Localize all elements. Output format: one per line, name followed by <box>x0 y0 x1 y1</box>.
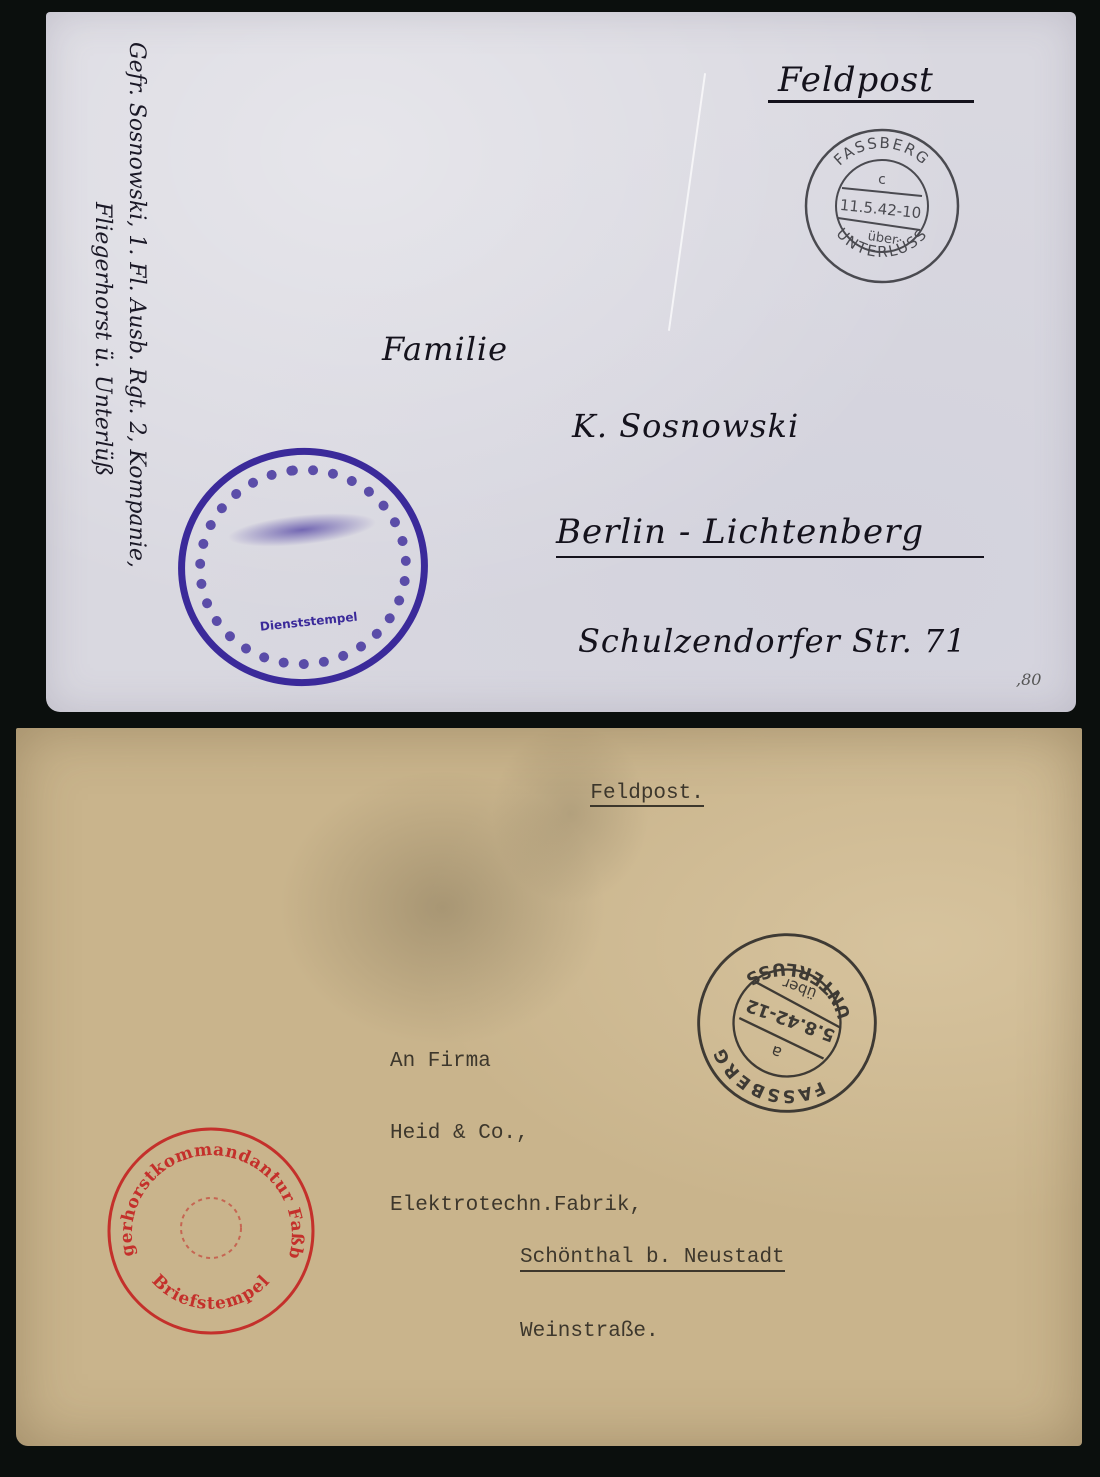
svg-text:Briefstempel: Briefstempel <box>148 1271 275 1314</box>
address-line: Heid & Co., <box>390 1122 642 1146</box>
address-line: Schönthal b. Neustadt <box>520 1246 785 1272</box>
salutation: Familie <box>382 330 508 368</box>
address-line: Weinstraße. <box>520 1320 785 1344</box>
paper-crease <box>668 73 706 331</box>
svg-text:a: a <box>768 1042 784 1063</box>
pencil-mark: ,80 <box>1016 670 1041 689</box>
feldpost-typed: Feldpost. <box>540 758 704 830</box>
unit-stamp-red: Fliegerhorstkommandantur Faßberg Briefst… <box>104 1124 318 1338</box>
postmark-svg: FASSBERG UNTERLÜSS c 11.5.42-10 über <box>802 126 962 286</box>
postmark-svg: FASSBERG UNTERLUSS a 5.8.42-12 über <box>668 904 906 1142</box>
postmark-fassberg-2: FASSBERG UNTERLUSS a 5.8.42-12 über <box>668 904 906 1142</box>
unit-stamp-purple: Dienststempel <box>166 436 440 699</box>
svg-text:c: c <box>878 172 886 188</box>
seal-svg: Fliegerhorstkommandantur Faßberg Briefst… <box>104 1124 318 1338</box>
recipient-city: Schönthal b. Neustadt Weinstraße. <box>520 1198 785 1392</box>
sender-note-line-1: Gefr. Sosnowski, 1. Fl. Ausb. Rgt. 2, Ko… <box>118 42 154 568</box>
address-line: An Firma <box>390 1050 642 1074</box>
postmark-fassberg-1: FASSBERG UNTERLÜSS c 11.5.42-10 über <box>802 126 962 286</box>
svg-text:11.5.42-10: 11.5.42-10 <box>839 196 922 222</box>
stamp-ring-text <box>185 454 421 679</box>
sender-note-line-2: Fliegerhorst ü. Unterlüß <box>84 202 120 476</box>
envelope-top: Feldpost Gefr. Sosnowski, 1. Fl. Ausb. R… <box>46 12 1076 712</box>
envelope-bottom: Feldpost. An Firma Heid & Co., Elektrote… <box>16 728 1082 1446</box>
feldpost-handwritten: Feldpost <box>768 60 974 103</box>
address-line-street: Schulzendorfer Str. 71 <box>578 622 967 660</box>
svg-text:Fliegerhorstkommandantur Faßbe: Fliegerhorstkommandantur Faßberg <box>104 1124 307 1261</box>
address-line-name: K. Sosnowski <box>572 407 799 445</box>
address-line-city: Berlin - Lichtenberg <box>556 512 984 558</box>
